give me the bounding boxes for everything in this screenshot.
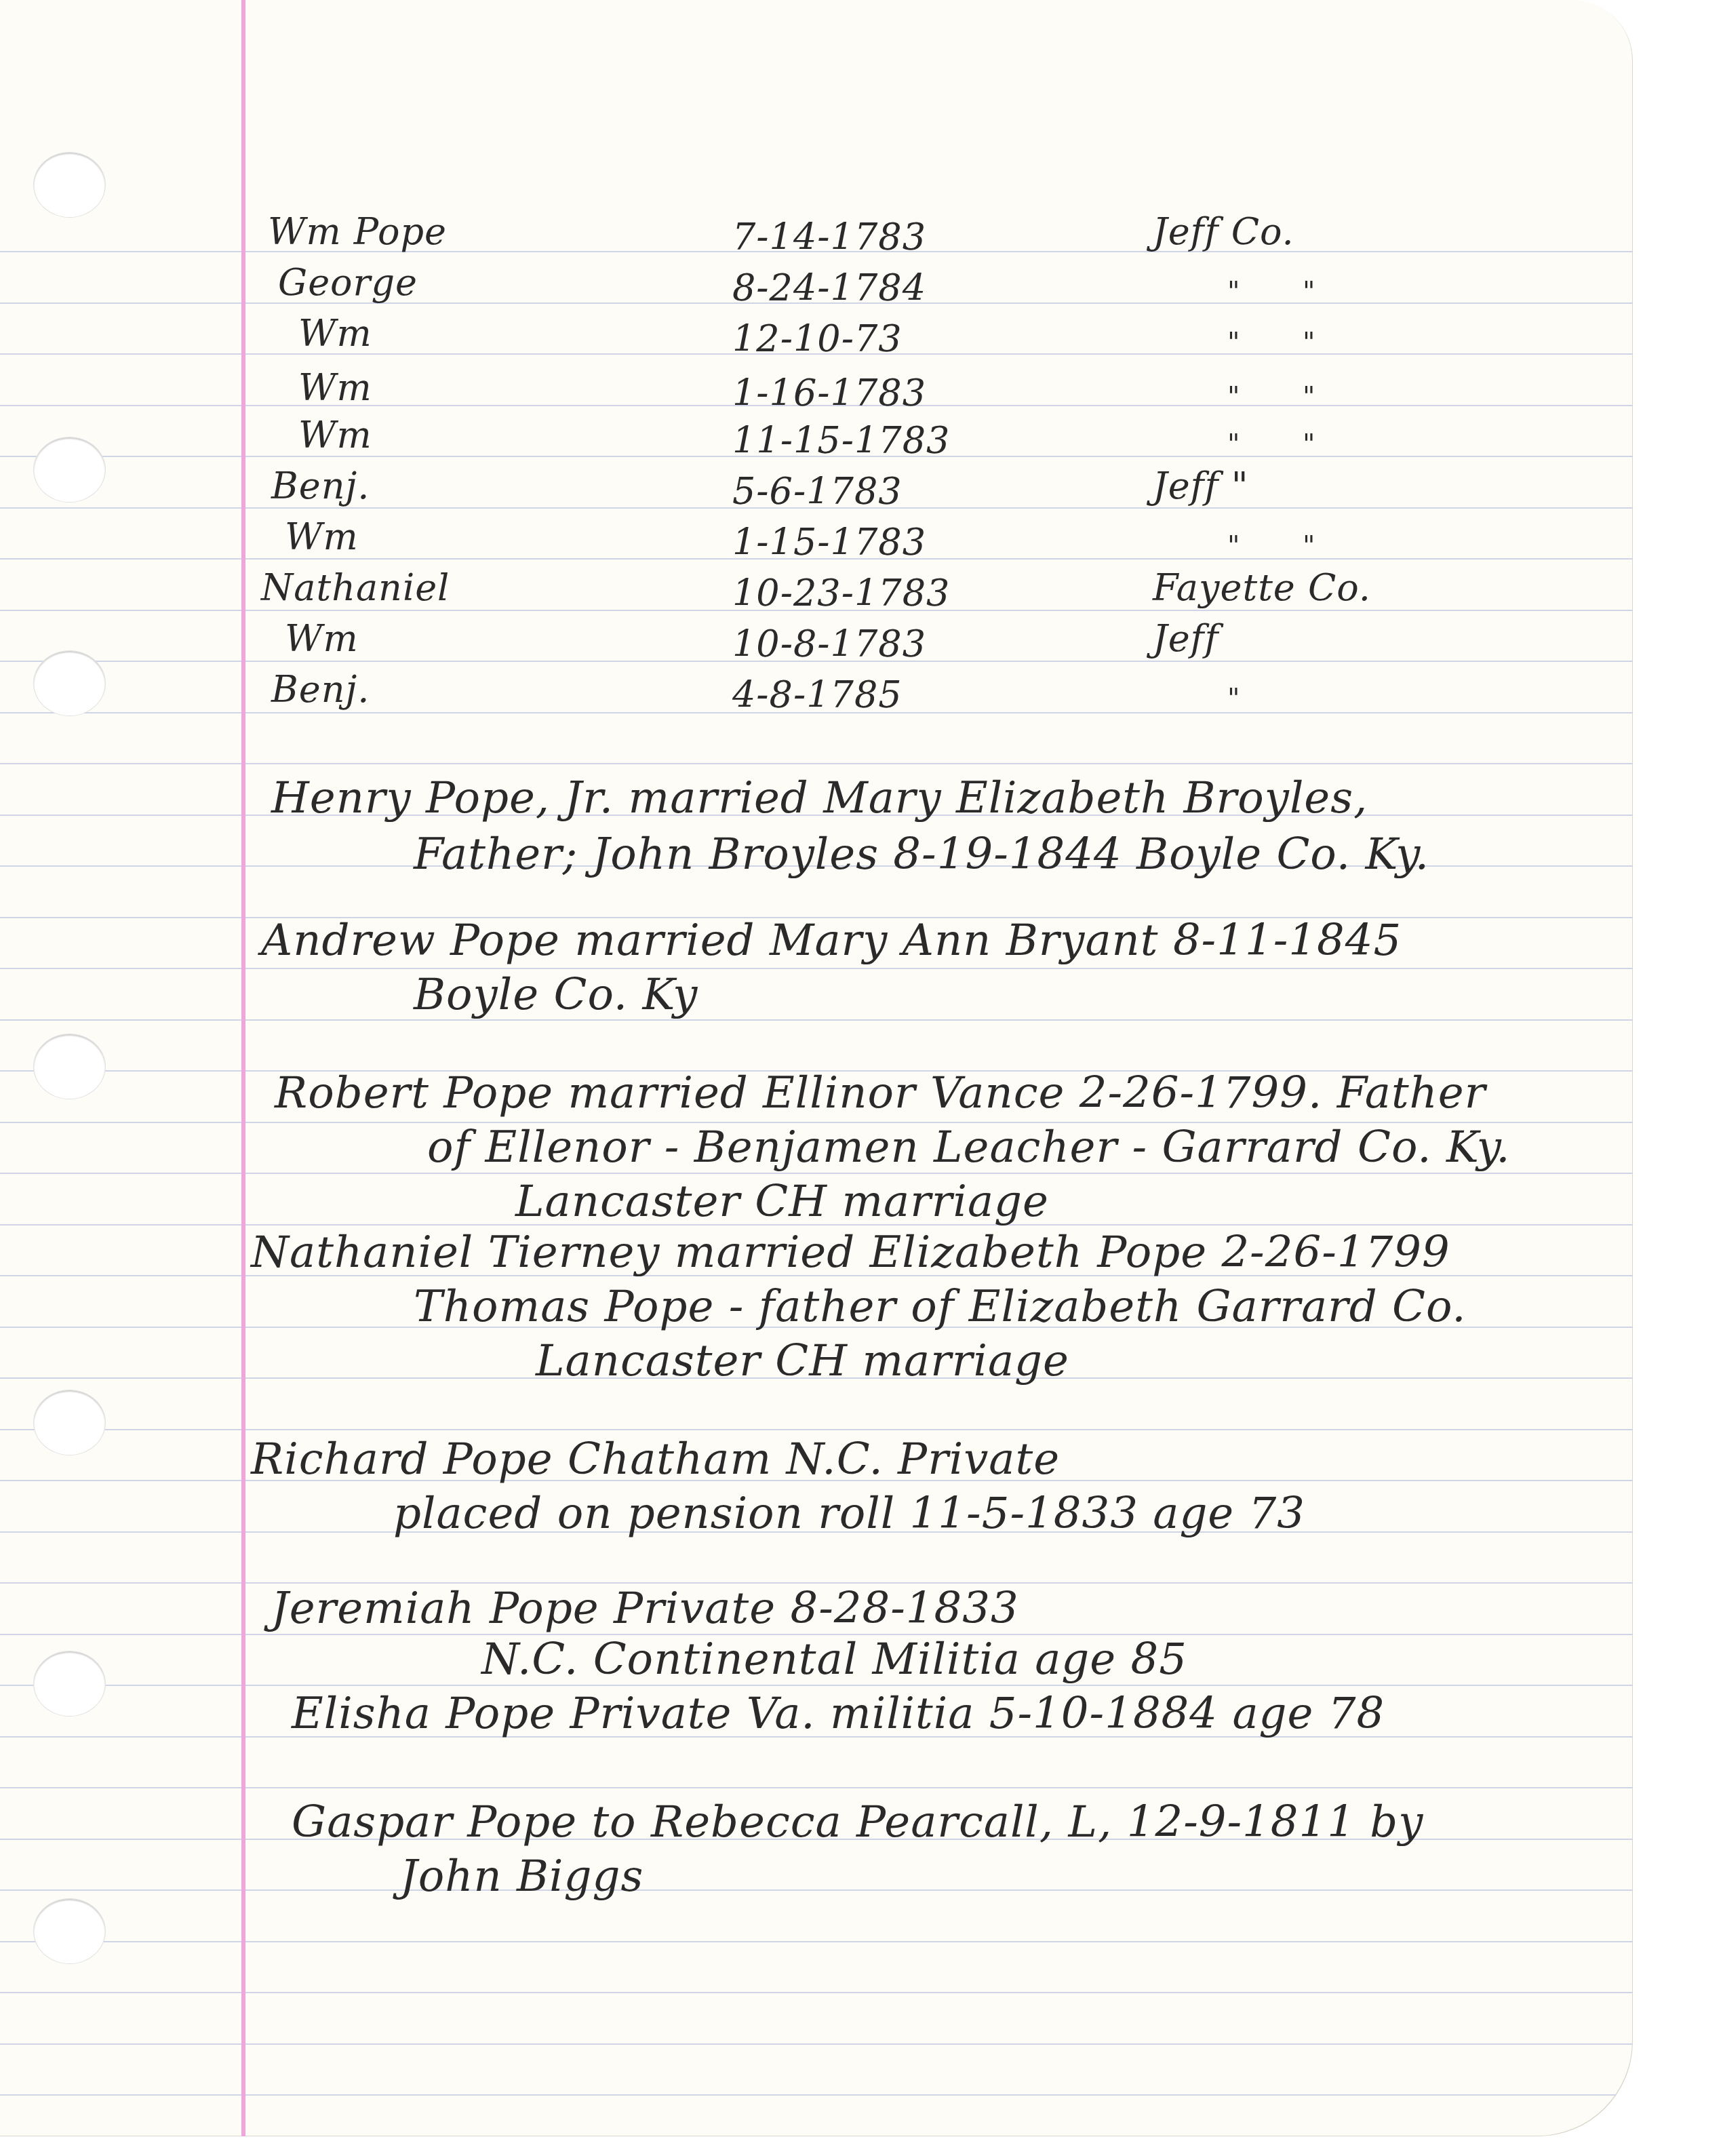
- entry-line: placed on pension roll 11-5-1833 age 73: [393, 1492, 1305, 1535]
- record-county: Jeff ": [1153, 468, 1249, 505]
- entry-line: Nathaniel Tierney married Elizabeth Pope…: [251, 1231, 1450, 1274]
- punch-hole: [34, 1390, 105, 1455]
- record-name: George: [278, 264, 418, 301]
- punch-hole: [34, 1651, 105, 1716]
- entry-line: Lancaster CH marriage: [515, 1180, 1049, 1223]
- entry-line: Jeremiah Pope Private 8-28-1833: [271, 1587, 1019, 1630]
- record-name: Wm: [298, 417, 372, 454]
- record-name: Wm: [285, 621, 359, 657]
- record-date: 11-15-1783: [732, 423, 950, 459]
- record-name: Wm: [298, 370, 372, 406]
- entry-line: Gaspar Pope to Rebecca Pearcall, L, 12-9…: [292, 1801, 1423, 1844]
- entry-line: Andrew Pope married Mary Ann Bryant 8-11…: [261, 919, 1402, 962]
- punch-hole: [34, 1899, 105, 1963]
- record-county: " ": [1227, 431, 1343, 458]
- record-date: 7-14-1783: [732, 219, 926, 256]
- entry-line: Thomas Pope - father of Elizabeth Garrar…: [414, 1285, 1467, 1329]
- punch-hole: [34, 651, 105, 716]
- record-date: 4-8-1785: [732, 677, 903, 713]
- record-name: Wm: [285, 519, 359, 555]
- entry-line: Father; John Broyles 8-19-1844 Boyle Co.…: [414, 833, 1429, 876]
- record-county: Fayette Co.: [1153, 570, 1371, 606]
- record-date: 12-10-73: [732, 321, 903, 357]
- notebook-page: Wm Pope7-14-1783Jeff Co.George8-24-1784"…: [0, 0, 1633, 2136]
- record-county: " ": [1227, 383, 1343, 410]
- record-county: Jeff Co.: [1153, 214, 1294, 250]
- entry-line: Lancaster CH marriage: [536, 1339, 1069, 1383]
- record-name: Nathaniel: [261, 570, 450, 606]
- entry-line: Boyle Co. Ky: [414, 973, 698, 1017]
- record-date: 1-15-1783: [732, 524, 926, 561]
- record-date: 5-6-1783: [732, 473, 903, 510]
- punch-hole: [34, 1034, 105, 1099]
- entry-line: Elisha Pope Private Va. militia 5-10-188…: [292, 1692, 1385, 1736]
- entry-line: Richard Pope Chatham N.C. Private: [251, 1438, 1060, 1481]
- punch-hole: [34, 437, 105, 502]
- record-name: Wm Pope: [268, 214, 447, 250]
- entry-line: John Biggs: [400, 1855, 643, 1898]
- record-name: Benj.: [271, 468, 370, 505]
- record-county: " ": [1227, 278, 1343, 305]
- record-name: Wm: [298, 315, 372, 352]
- record-county: " ": [1227, 329, 1343, 356]
- record-county: ": [1227, 685, 1267, 712]
- margin-line: [241, 0, 245, 2136]
- entry-line: N.C. Continental Militia age 85: [481, 1638, 1187, 1681]
- record-date: 10-23-1783: [732, 575, 950, 612]
- entry-line: Henry Pope, Jr. married Mary Elizabeth B…: [271, 777, 1368, 820]
- record-date: 10-8-1783: [732, 626, 926, 663]
- entry-line: Robert Pope married Ellinor Vance 2-26-1…: [275, 1072, 1486, 1115]
- record-date: 1-16-1783: [732, 375, 926, 412]
- entry-line: of Ellenor - Benjamen Leacher - Garrard …: [427, 1126, 1511, 1169]
- record-county: " ": [1227, 532, 1343, 560]
- record-name: Benj.: [271, 671, 370, 708]
- punch-hole: [34, 153, 105, 217]
- record-date: 8-24-1784: [732, 270, 926, 307]
- record-county: Jeff: [1153, 621, 1219, 657]
